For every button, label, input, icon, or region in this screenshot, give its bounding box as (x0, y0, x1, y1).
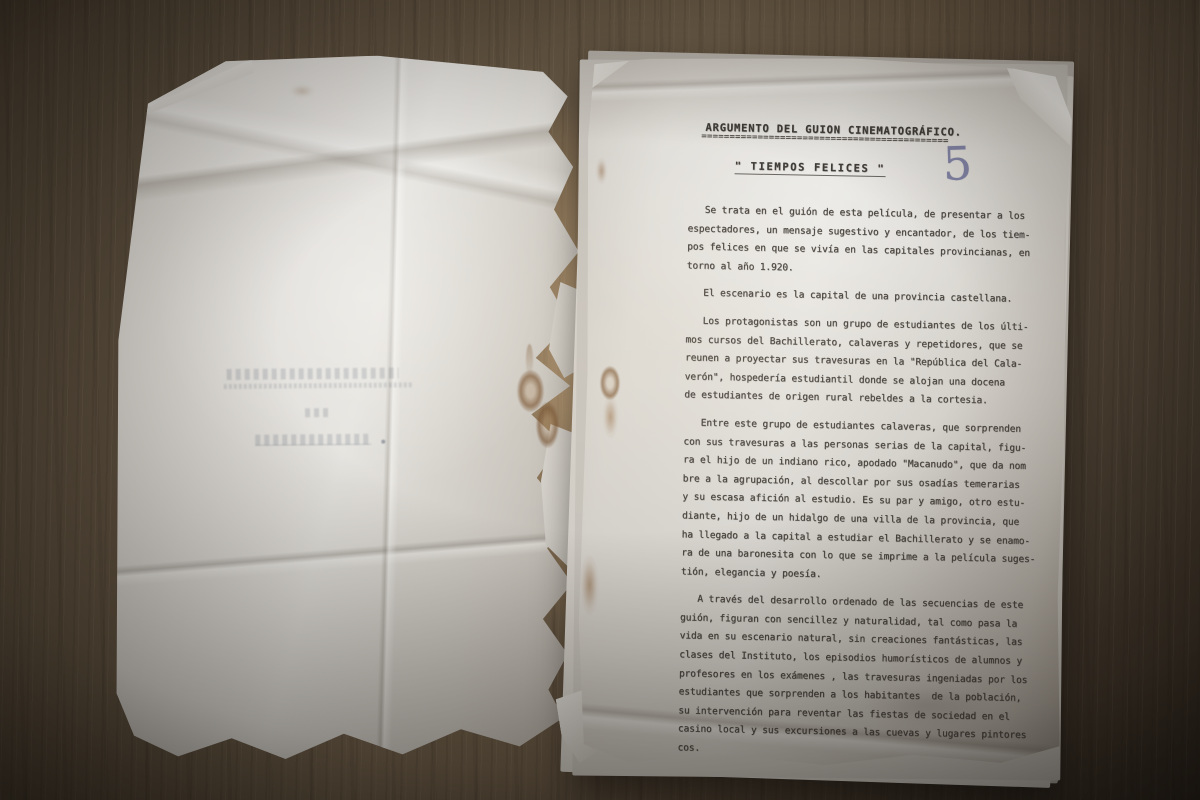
typed-paragraphs: Se trata en el guión de esta película, d… (677, 201, 1048, 773)
typed-content: ARGUMENTO DEL GUION CINEMATOGRÁFICO. ===… (571, 53, 1073, 774)
page-number: 5 (942, 136, 973, 191)
gray-smudge (850, 684, 1000, 726)
ghost-bleedthrough-rule (224, 382, 412, 389)
cover-corner-fold (138, 59, 254, 114)
rust-stain-streak (581, 556, 598, 614)
script-page: ARGUMENTO DEL GUION CINEMATOGRÁFICO. ===… (571, 53, 1073, 774)
ghost-bleedthrough-title (227, 367, 399, 380)
photo-scene: ARGUMENTO DEL GUION CINEMATOGRÁFICO. ===… (0, 0, 1200, 800)
rust-stain-streak (526, 344, 533, 376)
typed-paragraph: Se trata en el guión de esta película, d… (687, 201, 1048, 282)
rust-stain-streak (603, 396, 618, 438)
ghost-bleedthrough-name (255, 434, 371, 446)
rust-stain (536, 402, 559, 448)
typed-paragraph: Entre este grupo de estudiantes calavera… (681, 414, 1044, 588)
cover-sheet (94, 54, 588, 764)
typed-paragraph: A través del desarrollo ordenado de las … (677, 591, 1040, 765)
faint-stain (289, 84, 315, 98)
ghost-bleedthrough-dot (381, 440, 385, 444)
rust-stain (600, 366, 620, 400)
typed-paragraph: Los protagonistas son un grupo de estudi… (684, 312, 1046, 412)
ghost-bleedthrough-word (305, 408, 332, 417)
typed-line: El escenario es la capital de una provin… (686, 285, 1046, 311)
rust-stain-streak (596, 158, 607, 184)
typed-paragraph: El escenario es la capital de una provin… (686, 285, 1046, 311)
script-title: " TIEMPOS FELICES " (735, 160, 886, 177)
